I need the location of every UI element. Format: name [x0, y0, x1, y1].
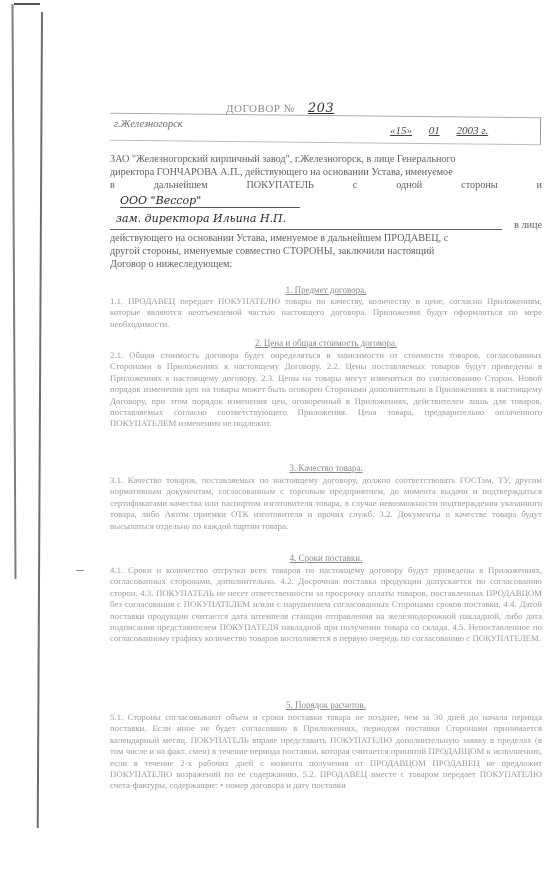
preamble-line-4-suffix: в лице — [514, 219, 542, 232]
section-2-text: 2.1. Общая стоимость договора будет опре… — [110, 350, 542, 430]
preamble-line-2: директора ГОНЧАРОВА А.П., действующего н… — [110, 166, 542, 179]
preamble: ЗАО "Железногорский кирпичный завод", г.… — [110, 153, 542, 271]
contract-date: «15» 01 2003 г. — [390, 125, 502, 137]
section-2-title: 2. Цена и общая стоимость договора. — [110, 338, 542, 348]
preamble-line-3: в дальнейшем ПОКУПАТЕЛЬ с одной стороны … — [110, 179, 542, 192]
section-4-title: 4. Сроки поставки. — [110, 553, 542, 563]
scan-speck — [76, 570, 84, 571]
preamble-line-6: другой стороны, именуемые совместно СТОР… — [110, 245, 542, 258]
scan-binding-right — [37, 12, 43, 828]
section-3-title: 3. Качество товара. — [110, 463, 542, 473]
buyer-name-row: ООО "Вессор" — [110, 193, 542, 211]
director-name-row: зам. директора Ильина Н.П. — [110, 211, 502, 230]
section-3-text: 3.1. Качество товаров, поставляемых по н… — [110, 475, 542, 532]
contract-city: г.Железногорск — [114, 119, 183, 130]
preamble-line-5: действующего на основании Устава, именуе… — [110, 232, 542, 245]
date-year: 2003 г. — [457, 125, 489, 137]
section-1-title: 1. Предмет договора. — [110, 285, 542, 295]
date-month: 01 — [429, 125, 440, 137]
section-1-text: 1.1. ПРОДАВЕЦ передает ПОКУПАТЕЛЮ товары… — [110, 296, 542, 330]
contract-number: 203 — [308, 101, 334, 116]
preamble-line-7: Договор о нижеследующем: — [110, 258, 542, 271]
section-4-text: 4.1. Сроки и количество отгрузки всех то… — [110, 565, 542, 645]
director-name-handwritten: зам. директора Ильина Н.П. — [116, 212, 286, 225]
section-5-title: 5. Порядок расчетов. — [110, 700, 542, 710]
section-5-text: 5.1. Стороны согласовывают объем и сроки… — [110, 712, 542, 792]
buyer-name-handwritten: ООО "Вессор" — [120, 194, 300, 208]
date-day: «15» — [390, 125, 412, 137]
scan-binding-left — [11, 4, 16, 579]
scan-binding-top — [14, 3, 40, 5]
preamble-line-1: ЗАО "Железногорский кирпичный завод", г.… — [110, 153, 542, 166]
